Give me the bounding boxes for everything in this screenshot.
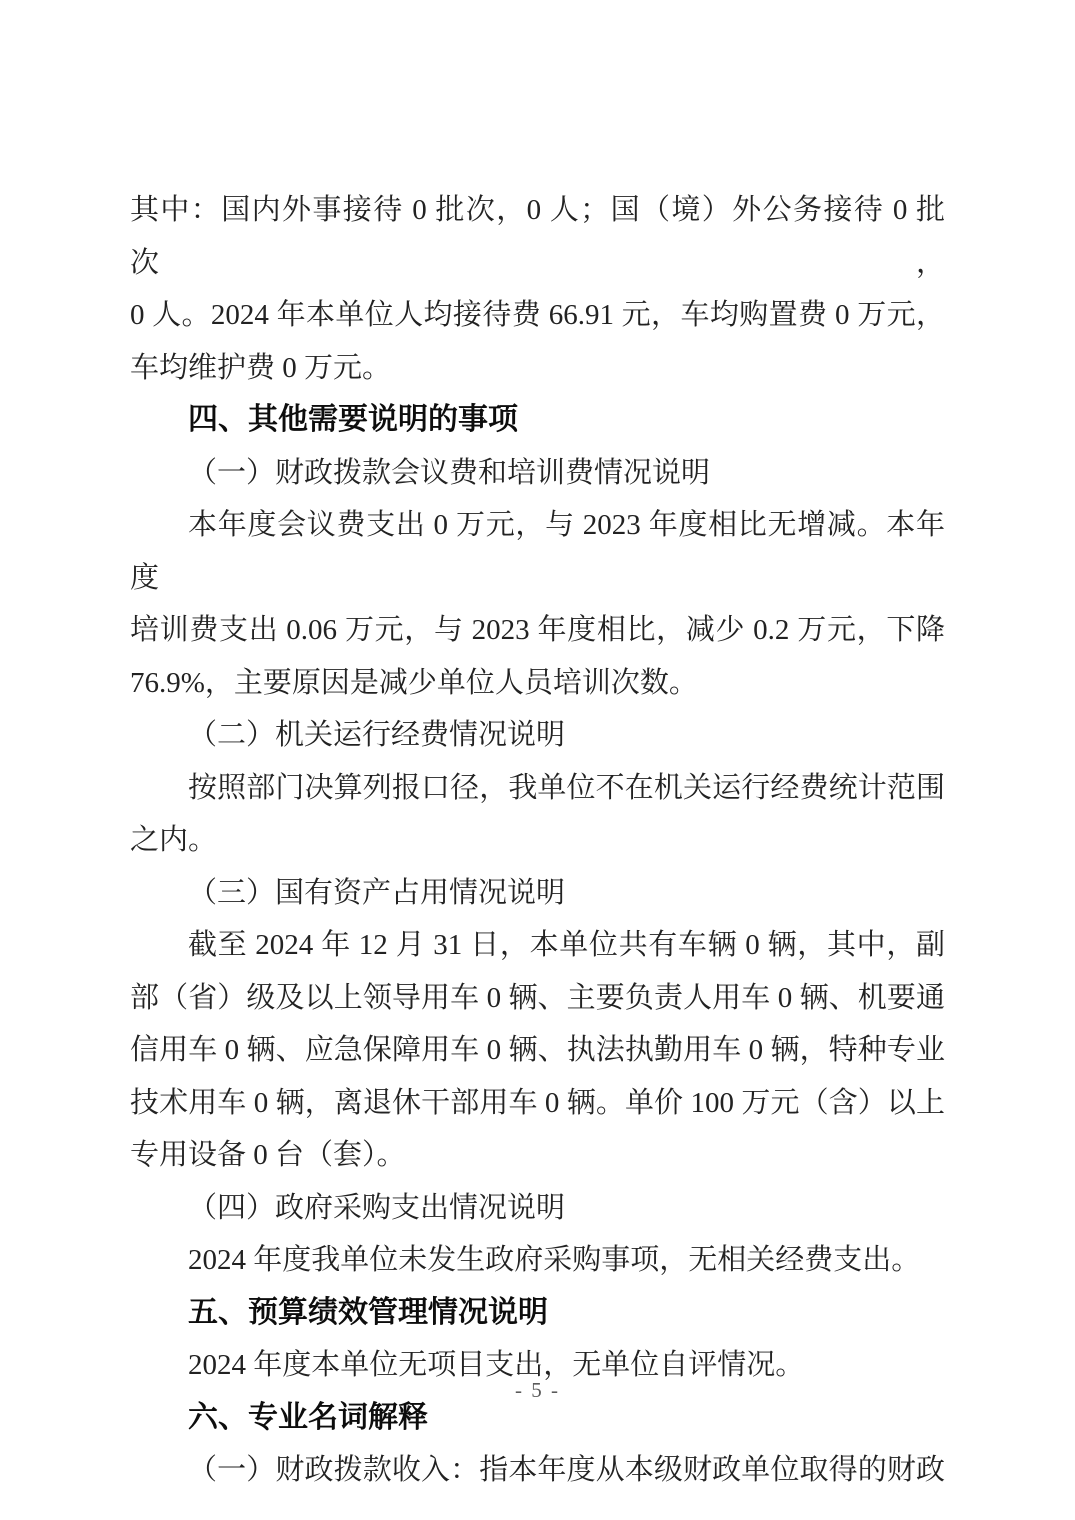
text-line: 培训费支出 0.06 万元，与 2023 年度相比，减少 0.2 万元，下降: [130, 604, 945, 657]
text-line: 本年度会议费支出 0 万元，与 2023 年度相比无增减。本年度: [130, 499, 945, 604]
text-line: 部（省）级及以上领导用车 0 辆、主要负责人用车 0 辆、机要通: [130, 972, 945, 1025]
text-line: 2024 年度我单位未发生政府采购事项，无相关经费支出。: [130, 1234, 945, 1287]
page-number: - 5 -: [0, 1376, 1075, 1404]
text-line: 车均维护费 0 万元。: [130, 342, 945, 395]
document-page: 其中：国内外事接待 0 批次，0 人；国（境）外公务接待 0 批次，0 人。20…: [0, 0, 1075, 1520]
text-line: （二）机关运行经费情况说明: [130, 709, 945, 762]
text-line: 技术用车 0 辆，离退休干部用车 0 辆。单价 100 万元（含）以上: [130, 1077, 945, 1130]
section-heading: 五、预算绩效管理情况说明: [130, 1287, 945, 1340]
text-line: （一）财政拨款收入：指本年度从本级财政单位取得的财政: [130, 1444, 945, 1497]
text-line: 76.9%，主要原因是减少单位人员培训次数。: [130, 657, 945, 710]
section-heading: 四、其他需要说明的事项: [130, 394, 945, 447]
text-line: （三）国有资产占用情况说明: [130, 867, 945, 920]
text-line: 0 人。2024 年本单位人均接待费 66.91 元，车均购置费 0 万元，: [130, 289, 945, 342]
text-line: 信用车 0 辆、应急保障用车 0 辆、执法执勤用车 0 辆，特种专业: [130, 1024, 945, 1077]
text-line: 截至 2024 年 12 月 31 日，本单位共有车辆 0 辆，其中，副: [130, 919, 945, 972]
text-line: 其中：国内外事接待 0 批次，0 人；国（境）外公务接待 0 批次，: [130, 184, 945, 289]
text-line: 按照部门决算列报口径，我单位不在机关运行经费统计范围: [130, 762, 945, 815]
text-line: 专用设备 0 台（套）。: [130, 1129, 945, 1182]
document-body: 其中：国内外事接待 0 批次，0 人；国（境）外公务接待 0 批次，0 人。20…: [130, 184, 945, 1497]
text-line: 之内。: [130, 814, 945, 867]
text-line: （四）政府采购支出情况说明: [130, 1182, 945, 1235]
text-line: （一）财政拨款会议费和培训费情况说明: [130, 447, 945, 500]
